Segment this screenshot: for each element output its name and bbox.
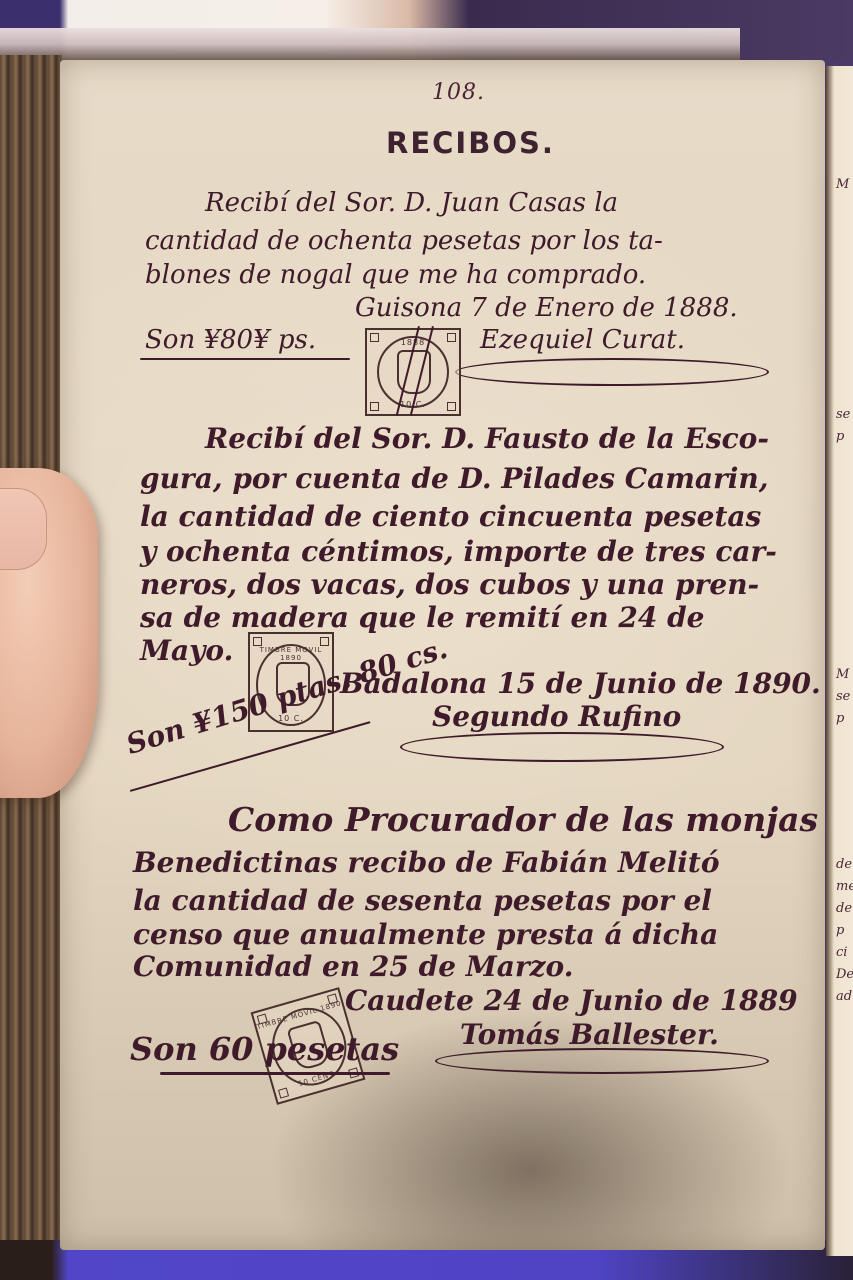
facing-page-fragment: se: [836, 688, 850, 706]
facing-page-fragment: M: [836, 666, 849, 684]
facing-page-fragment: ci: [836, 944, 847, 962]
signature-flourish: [400, 732, 724, 762]
receipt-3-line: Comunidad en 25 de Marzo.: [133, 950, 573, 983]
stamp-corner: [253, 637, 262, 646]
receipt-3-signature: Tomás Ballester.: [460, 1018, 719, 1051]
page-heading: RECIBOS.: [386, 126, 555, 160]
receipt-3-line: la cantidad de sesenta pesetas por el: [133, 884, 712, 917]
receipt-3-amount: Son 60 pesetas: [130, 1030, 399, 1068]
receipt-2-line: Mayo.: [140, 634, 233, 667]
receipt-2-line: Recibí del Sor. D. Fausto de la Esco-: [205, 422, 769, 455]
facing-page-fragment: se: [836, 406, 850, 424]
amount-underline: [160, 1072, 390, 1075]
receipt-3-place-date: Caudete 24 de Junio de 1889: [345, 984, 798, 1017]
signature-flourish: [435, 1048, 769, 1074]
signature-flourish: [455, 358, 769, 386]
facing-page: M se p M se p de me de p ci De ad: [826, 66, 853, 1256]
receipt-1-place-date: Guisona 7 de Enero de 1888.: [355, 293, 738, 323]
receipt-2-line: neros, dos vacas, dos cubos y una pren-: [140, 568, 759, 601]
receipt-2-line: la cantidad de ciento cincuenta pesetas: [140, 500, 761, 533]
facing-page-fragment: M: [836, 176, 849, 194]
receipt-3-line: censo que anualmente presta á dicha: [133, 918, 718, 951]
receipt-1-line: blones de nogal que me ha comprado.: [145, 260, 646, 290]
receipt-2-signature: Segundo Rufino: [432, 700, 681, 733]
receipt-3-line: Benedictinas recibo de Fabián Melitó: [133, 846, 720, 879]
facing-page-fragment: de: [836, 856, 852, 874]
facing-page-fragment: p: [836, 428, 844, 446]
receipt-2-line: gura, por cuenta de D. Pilades Camarin,: [140, 462, 768, 495]
facing-page-fragment: p: [836, 710, 844, 728]
amount-underline: [140, 358, 350, 360]
stamp-corner: [320, 637, 329, 646]
receipt-1-signature: Ezequiel Curat.: [480, 325, 685, 355]
page-number: 108.: [432, 80, 485, 105]
receipt-3-line: Como Procurador de las monjas: [228, 800, 818, 839]
receipt-1-line: cantidad de ochenta pesetas por los ta-: [145, 226, 663, 256]
stamp-top-text: TIMBRE MOVIL 1890: [250, 646, 332, 662]
receipt-2-line: sa de madera que le remití en 24 de: [140, 601, 704, 634]
thumbnail: [0, 488, 47, 570]
receipt-1-amount: Son ¥80¥ ps.: [145, 325, 316, 355]
facing-page-fragment: ad: [836, 988, 852, 1006]
facing-page-fragment: p: [836, 922, 844, 940]
receipt-2-line: y ochenta céntimos, importe de tres car-: [140, 535, 777, 568]
thumb: [0, 468, 98, 798]
facing-page-fragment: De: [836, 966, 853, 984]
facing-page-fragment: de: [836, 900, 852, 918]
facing-page-fragment: me: [836, 878, 853, 896]
receipt-1-line: Recibí del Sor. D. Juan Casas la: [205, 188, 618, 218]
book-cover-edge: [0, 28, 740, 60]
